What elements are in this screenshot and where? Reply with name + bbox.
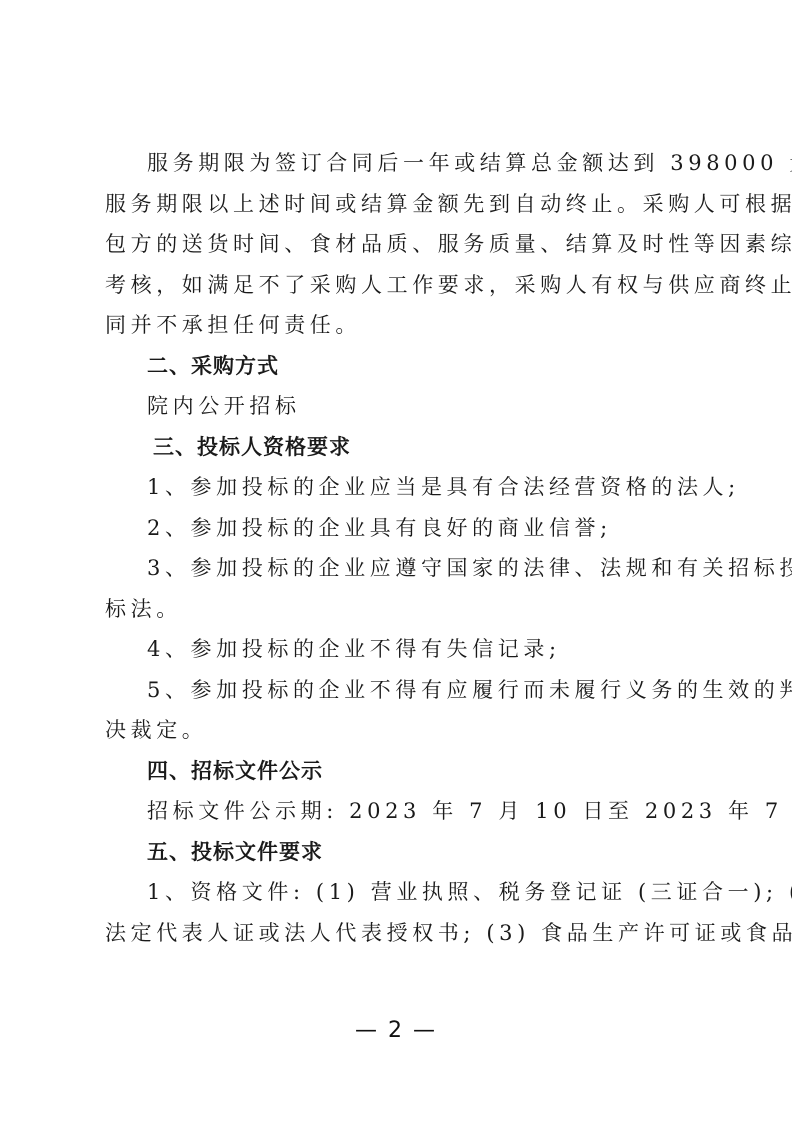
section-tender-publication: 四、招标文件公示 招标文件公示期: 2023 年 7 月 10 日至 2023 … [105, 751, 697, 832]
paragraph-line: 服务期限为签订合同后一年或结算总金额达到 398000 元后， [105, 143, 697, 184]
section-bid-document-requirements: 五、投标文件要求 1、资格文件: (1) 营业执照、税务登记证 (三证合一); … [105, 832, 697, 954]
page-number: — 2 — [0, 1018, 792, 1043]
section-heading: 三、投标人资格要求 [105, 427, 697, 468]
qualification-item: 1、参加投标的企业应当是具有合法经营资格的法人; [105, 467, 697, 508]
qualification-item: 2、参加投标的企业具有良好的商业信誉; [105, 508, 697, 549]
paragraph-line: 服务期限以上述时间或结算金额先到自动终止。采购人可根据承 [105, 184, 697, 225]
qualification-item: 5、参加投标的企业不得有应履行而未履行义务的生效的判 [105, 670, 697, 711]
document-page: 服务期限为签订合同后一年或结算总金额达到 398000 元后， 服务期限以上述时… [105, 143, 697, 953]
qualification-item: 3、参加投标的企业应遵守国家的法律、法规和有关招标投 [105, 548, 697, 589]
service-period-paragraph: 服务期限为签订合同后一年或结算总金额达到 398000 元后， 服务期限以上述时… [105, 143, 697, 346]
section-heading: 二、采购方式 [105, 346, 697, 387]
requirement-item-continuation: 法定代表人证或法人代表授权书; (3) 食品生产许可证或食品经 [105, 913, 697, 954]
paragraph-line: 考核，如满足不了采购人工作要求，采购人有权与供应商终止合 [105, 265, 697, 306]
qualification-item: 4、参加投标的企业不得有失信记录; [105, 629, 697, 670]
section-body: 招标文件公示期: 2023 年 7 月 10 日至 2023 年 7 月 14 … [105, 791, 697, 832]
section-heading: 五、投标文件要求 [105, 832, 697, 873]
section-body: 院内公开招标 [105, 386, 697, 427]
paragraph-line: 包方的送货时间、食材品质、服务质量、结算及时性等因素综合 [105, 224, 697, 265]
requirement-item: 1、资格文件: (1) 营业执照、税务登记证 (三证合一); (2) [105, 872, 697, 913]
section-bidder-qualifications: 三、投标人资格要求 1、参加投标的企业应当是具有合法经营资格的法人; 2、参加投… [105, 427, 697, 751]
qualification-item-continuation: 标法。 [105, 589, 697, 630]
qualification-item-continuation: 决裁定。 [105, 710, 697, 751]
section-heading: 四、招标文件公示 [105, 751, 697, 792]
paragraph-line: 同并不承担任何责任。 [105, 305, 697, 346]
section-procurement-method: 二、采购方式 院内公开招标 [105, 346, 697, 427]
